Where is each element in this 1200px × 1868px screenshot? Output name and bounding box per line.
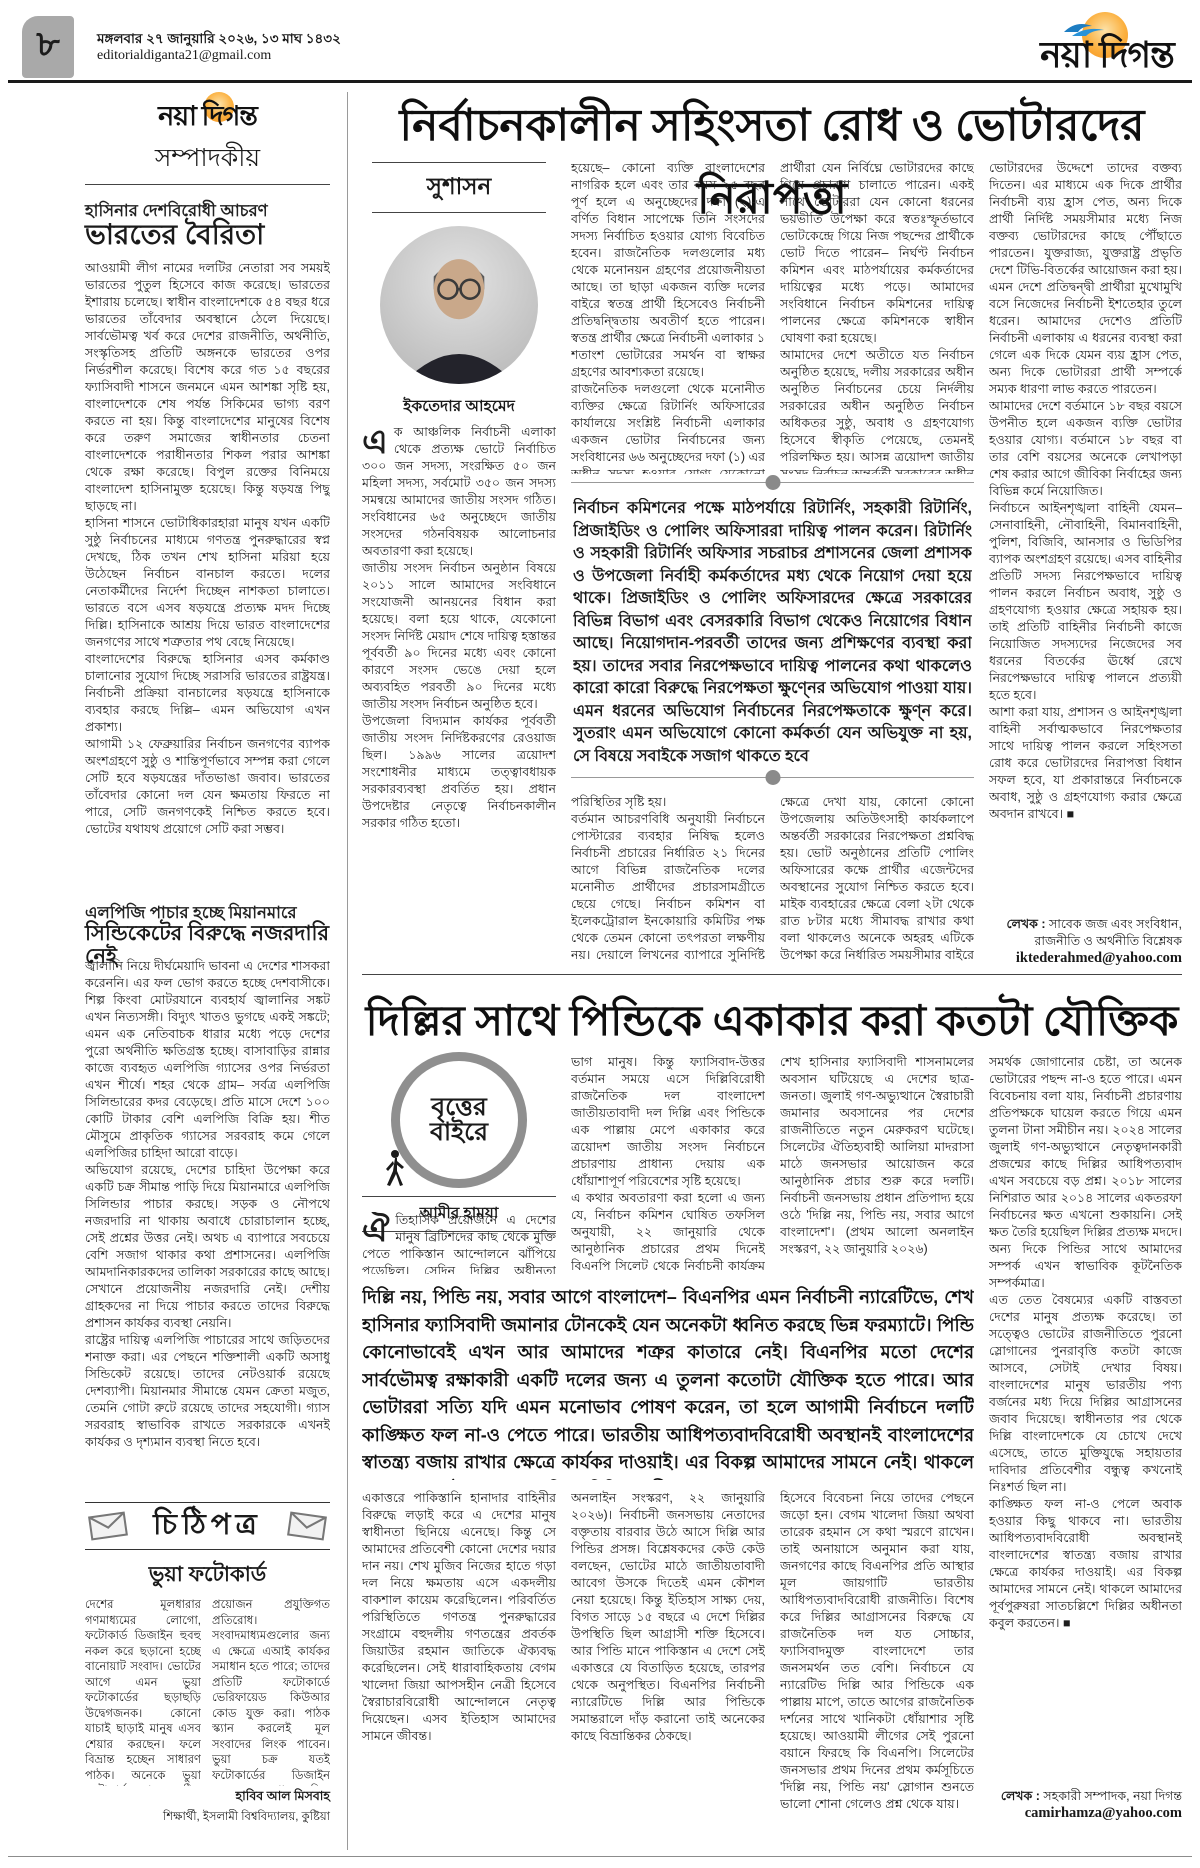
page-bottom-rule [8, 1856, 1192, 1857]
article2-col3-top: শেখ হাসিনার ফ্যাসিবাদী শাসনামলের অবসান ঘ… [780, 1054, 974, 1274]
walking-man-icon [382, 1149, 408, 1189]
article1-author: ইকতেদার আহমেদ [362, 394, 556, 420]
letter-column-2: প্রয়োজন প্রযুক্তিগত প্রতিরোধ। সংবাদমাধ্… [212, 1598, 330, 1786]
page-number-box: ৮ [22, 16, 74, 78]
letter-signature-role: শিক্ষার্থী, ইসলামী বিশ্ববিদ্যালয়, কুষ্ট… [110, 1808, 330, 1827]
column-logo-word1: বৃত্তের [431, 1095, 487, 1121]
article1-column-label: সুশাসন [372, 162, 546, 213]
envelope-icon [286, 1510, 327, 1541]
letter-column-1: দেশের মূলধারার গণমাধ্যমের লোগো, ফটোকার্ড… [85, 1598, 201, 1786]
article2-col3-bottom: হিসেবে বিবেচনা নিয়ে তাদের পেছনে জড়ো হন… [780, 1490, 974, 1840]
article1-credit-email: iktederahmed@yahoo.com [989, 950, 1182, 967]
letters-section-title: চিঠিপত্র [153, 1502, 262, 1551]
envelope-icon [87, 1510, 128, 1541]
article1-credit-text: সাবেক জজ এবং সংবিধান, রাজনীতি ও অর্থনীতি… [1034, 917, 1182, 948]
article2-callout: দিল্লি নয়, পিন্ডি নয়, সবার আগে বাংলাদে… [362, 1284, 974, 1480]
article2-column-logo: বৃত্তের বাইরে আমীর হামযা [362, 1052, 556, 1232]
article2-col2-bottom: অনলাইন সংস্করণ, ২২ জানুয়ারি ২০২৬)। নির্… [571, 1490, 765, 1840]
article2-col1-top: ঐতিহাসিক প্রয়োজনে এ দেশের মানুষ ব্রিটিশ… [362, 1212, 556, 1274]
pullquote-dot [765, 770, 780, 785]
letter-signature: হাবিব আল মিসবাহ শিক্ষার্থী, ইসলামী বিশ্ব… [110, 1788, 330, 1827]
article1-credit: লেখক : সাবেক জজ এবং সংবিধান, রাজনীতি ও অ… [989, 916, 1182, 967]
article2-col4: সমর্থক জোগানোর চেষ্টা, তা অনেক ভোটারের প… [989, 1054, 1182, 1784]
editorial2-body: জ্বালানি নিয়ে দীর্ঘমেয়াদি ভাবনা এ দেশে… [85, 958, 330, 1494]
letter-signature-name: হাবিব আল মিসবাহ [110, 1788, 330, 1808]
article-separator-rule [362, 974, 1182, 975]
article1-col2-bottom: পরিস্থিতির সৃষ্টি হয়। বর্তমান আচরণবিধি … [571, 794, 765, 964]
masthead: নয়া দিগন্ত [1024, 12, 1190, 70]
sidebar-rule [85, 184, 330, 185]
column-logo-word2: বাইরে [430, 1120, 488, 1146]
article1-col2-top: হয়েছে– কোনো ব্যক্তি বাংলাদেশের নাগরিক হ… [571, 160, 765, 474]
header-rule [8, 80, 1192, 83]
article2-headline: দিল্লির সাথে পিন্ডিকে একাকার করা কতটা যৌ… [362, 988, 1182, 1059]
author-photo [380, 226, 538, 384]
article2-col1-bottom: একাত্তরে পাকিস্তানি হানাদার বাহিনীর বিরু… [362, 1490, 556, 1840]
page-number: ৮ [36, 17, 59, 77]
article1-pull-quote-box: নির্বাচন কমিশনের পক্ষে মাঠপর্যায়ে রিটার… [571, 482, 974, 778]
sidebar-logo-title: নয়া দিগন্ত [158, 101, 257, 131]
column-logo-circle: বৃত্তের বাইরে [391, 1052, 527, 1188]
letters-section-bar: চিঠিপত্র [85, 1502, 330, 1550]
author-photo-illustration [380, 226, 538, 384]
article1-col3-top: প্রার্থীরা যেন নির্বিঘ্নে ভোটারদের কাছে … [780, 160, 974, 474]
article2-credit: লেখক : সহকারী সম্পাদক, নয়া দিগন্ত camir… [989, 1788, 1182, 1822]
newspaper-page: ৮ মঙ্গলবার ২৭ জানুয়ারি ২০২৬, ১৩ মাঘ ১৪৩… [0, 0, 1200, 1868]
article2-col2-top: ভাগ মানুষ। কিন্তু ফ্যাসিবাদ-উত্তর বর্তমা… [571, 1054, 765, 1274]
article1-pull-quote: নির্বাচন কমিশনের পক্ষে মাঠপর্যায়ে রিটার… [573, 498, 972, 762]
editorial1-body: আওয়ামী লীগ নামের দলটির নেতারা সব সময়ই … [85, 260, 330, 890]
article-2: দিল্লির সাথে পিন্ডিকে একাকার করা কতটা যৌ… [362, 988, 1182, 1850]
article2-credit-email: camirhamza@yahoo.com [989, 1805, 1182, 1822]
sidebar-divider [347, 92, 348, 1850]
sidebar-section-title: সম্পাদকীয় [85, 138, 330, 181]
article-1: নির্বাচনকালীন সহিংসতা রোধ ও ভোটারদের নির… [362, 92, 1182, 970]
masthead-title: নয়া দিগন্ত [1024, 28, 1190, 88]
article1-col3-bottom: ক্ষেত্রে দেখা যায়, কোনো কোনো উপজেলায় অ… [780, 794, 974, 964]
article1-col4: ভোটারদের উদ্দেশে তাদের বক্তব্য দিতেন। এর… [989, 160, 1182, 912]
editorial-email: editorialdiganta21@gmail.com [97, 48, 271, 64]
editorial1-title: ভারতের বৈরিতা [85, 220, 330, 249]
article1-credit-label: লেখক : [1007, 917, 1046, 931]
article2-credit-text: সহকারী সম্পাদক, নয়া দিগন্ত [1043, 1789, 1182, 1803]
sidebar-logo: নয়া দিগন্ত [85, 96, 330, 141]
letter-title: ভুয়া ফটোকার্ড [85, 1558, 330, 1593]
article1-col1: এক আঞ্চলিক নির্বাচনী এলাকা থেকে প্রত্যক্… [362, 424, 556, 964]
article2-credit-label: লেখক : [1001, 1789, 1040, 1803]
pullquote-dot [765, 475, 780, 490]
